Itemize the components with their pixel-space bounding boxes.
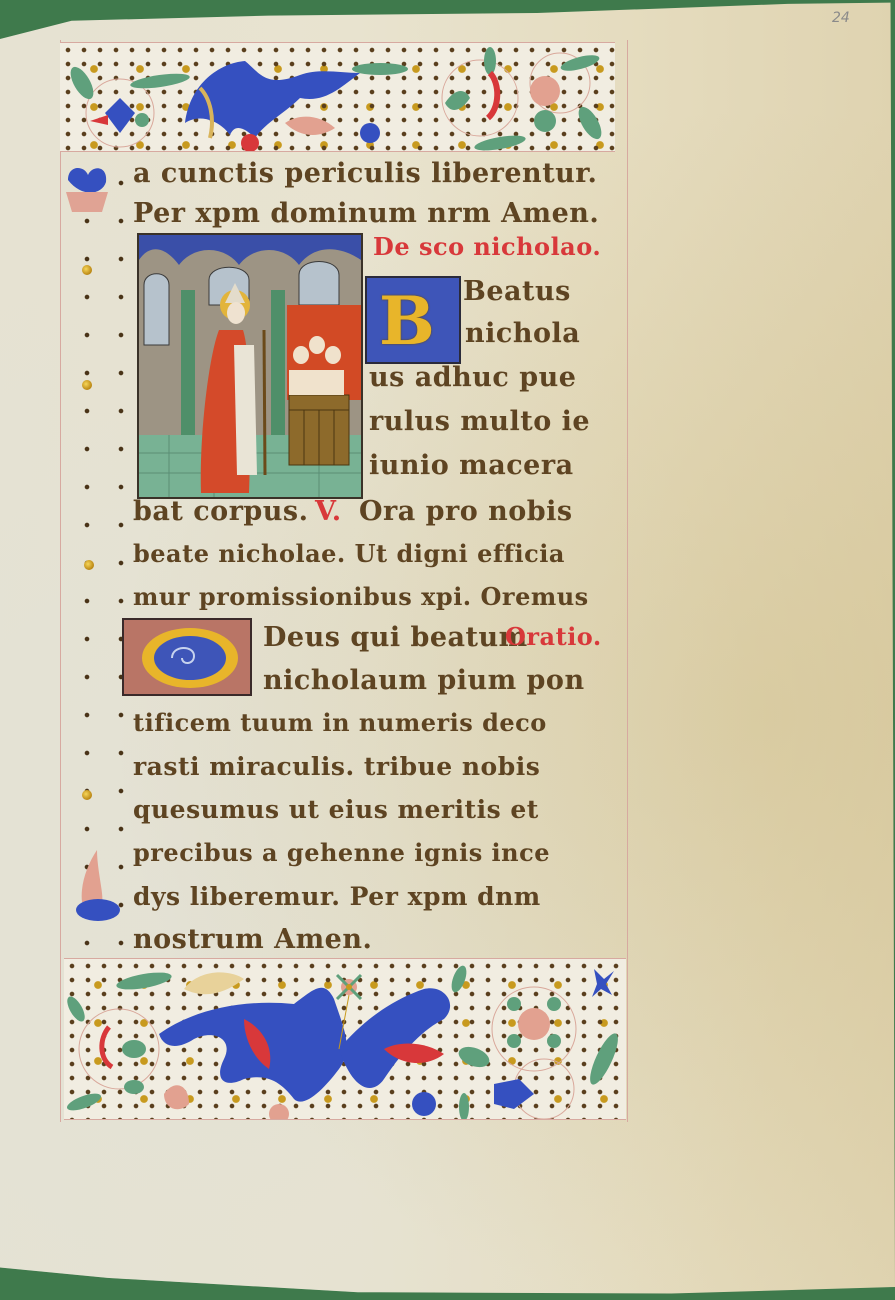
versicle-mark: V.: [315, 496, 342, 527]
text-line-dys: dys liberemur. Per xpm dnm: [133, 882, 541, 911]
text-line-nichola: nichola: [465, 318, 580, 349]
text-line-1: a cunctis periculis liberentur.: [133, 158, 597, 189]
acanthus-bottom-icon: [64, 959, 626, 1119]
acanthus-top-icon: [60, 43, 615, 151]
text-line-quesumus: quesumus ut eius meritis et: [133, 795, 539, 824]
text-line-nicholaum: nicholaum pium pon: [263, 665, 585, 696]
text-line-tificem: tificem tuum in numeris deco: [133, 708, 547, 737]
text-line-beatus: Beatus: [463, 276, 571, 307]
initial-d-illuminated: [122, 618, 252, 696]
text-line-bat-corpus: bat corpus.: [133, 496, 309, 527]
text-line-beate-nicholae: beate nicholae. Ut digni efficia: [133, 539, 565, 568]
text-line-rulus: rulus multo ie: [369, 406, 590, 437]
text-line-iunio: iunio macera: [369, 450, 574, 481]
text-line-precibus: precibus a gehenne ignis ince: [133, 838, 550, 867]
text-line-ora-pro-nobis: Ora pro nobis: [359, 496, 573, 527]
saint-nicholas-miniature-icon: [139, 235, 361, 497]
text-line-deus-qui: Deus qui beatum: [263, 622, 528, 653]
top-border-decoration: [60, 42, 615, 152]
text-line-2: Per xpm dominum nrm Amen.: [133, 198, 599, 229]
text-line-nostrum-amen: nostrum Amen.: [133, 924, 372, 955]
text-line-rasti: rasti miraculis. tribue nobis: [133, 752, 540, 781]
initial-d-bowl-icon: [124, 620, 250, 694]
text-line-promissionibus: mur promissionibus xpi. Oremus: [133, 582, 589, 611]
initial-b-letter: B: [379, 282, 435, 360]
initial-b-illuminated: B: [365, 276, 461, 364]
miniature-saint-nicholas: [137, 233, 363, 499]
oratio-label: Oratio.: [505, 622, 602, 651]
bottom-border-decoration: [64, 958, 626, 1120]
folio-number: 24: [832, 10, 850, 26]
margin-sprays-icon: [62, 150, 130, 960]
rubric-heading: De sco nicholao.: [373, 232, 601, 261]
text-line-us-adhuc: us adhuc pue: [369, 362, 576, 393]
left-margin-decoration: [62, 150, 130, 960]
